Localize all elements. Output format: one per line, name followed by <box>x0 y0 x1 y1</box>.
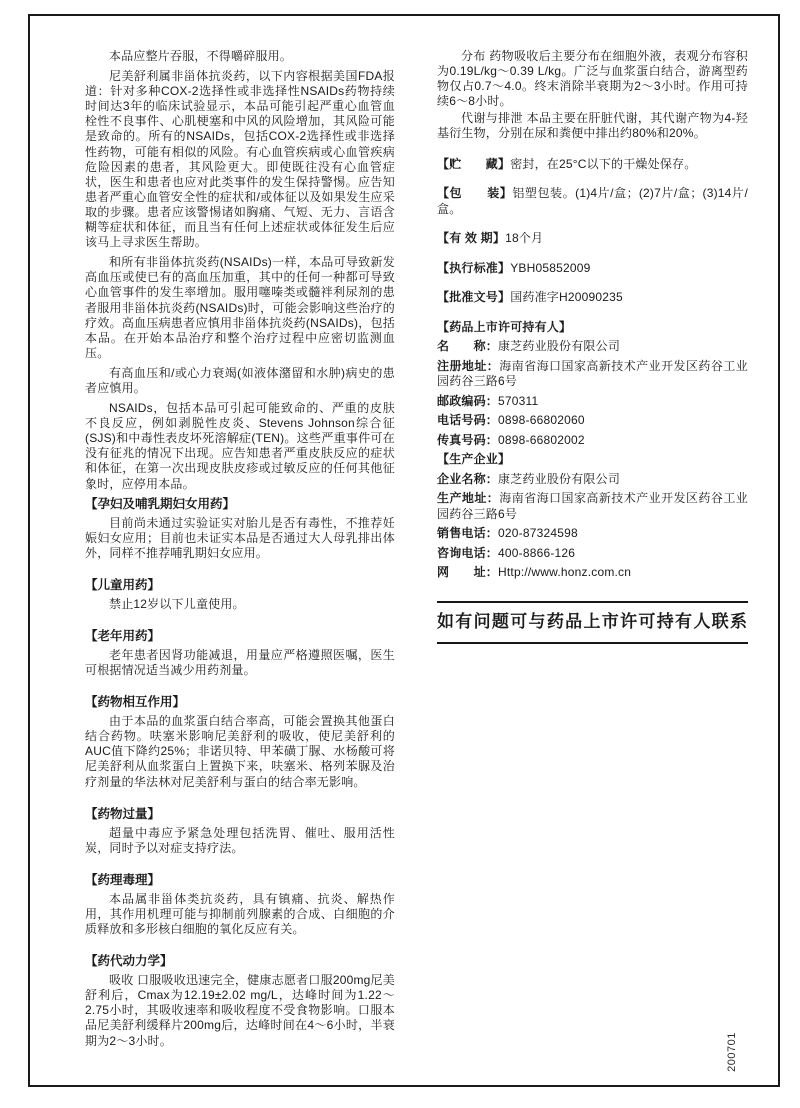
info-label: 电话号码： <box>437 413 498 427</box>
info-row-shelf-life: 【有 效 期】18个月 <box>437 231 748 247</box>
paragraph: 由于本品的血浆蛋白结合率高，可能会置换其他蛋白结合药物。呋塞米影响尼美舒利的吸收… <box>85 714 395 789</box>
paragraph: 超量中毒应予紧急处理包括洗胃、催吐、服用活性炭，同时予以对症支持疗法。 <box>85 826 395 856</box>
info-value: 国药准字H20090235 <box>510 290 623 304</box>
info-value: 020-87324598 <box>498 526 578 540</box>
info-label: 【包 装】 <box>437 186 512 200</box>
info-row-packaging: 【包 装】铝塑包装。(1)4片/盒；(2)7片/盒；(3)14片/盒。 <box>437 186 748 217</box>
info-value: 570311 <box>498 394 538 408</box>
info-row-mah-heading: 【药品上市许可持有人】 <box>437 320 748 336</box>
two-column-layout: 本品应整片吞服，不得嚼碎服用。 尼美舒利属非甾体抗炎药，以下内容根据美国FDA报… <box>30 16 778 1054</box>
paragraph: 目前尚未通过实验证实对胎儿是否有毒性，不推荐妊娠妇女应用；目前也未证实本品是否通… <box>85 516 395 561</box>
section-heading-pharmacokinetics: 【药代动力学】 <box>85 954 395 969</box>
info-value: 0898-66802002 <box>498 433 585 447</box>
section-heading-interactions: 【药物相互作用】 <box>85 695 395 710</box>
paragraph: NSAIDs，包括本品可引起可能致命的、严重的皮肤不良反应，例如剥脱性皮炎、St… <box>85 401 395 492</box>
info-label: 名 称： <box>437 339 498 353</box>
info-label: 【生产企业】 <box>437 452 510 466</box>
section-heading-pharmacology: 【药理毒理】 <box>85 873 395 888</box>
paragraph: 有高血压和/或心力衰竭(如液体潴留和水肿)病史的患者应慎用。 <box>85 366 395 396</box>
section-heading-pregnancy: 【孕妇及哺乳期妇女用药】 <box>85 497 395 512</box>
info-row-sales-phone: 销售电话：020-87324598 <box>437 526 748 542</box>
info-row-standard: 【执行标准】YBH05852009 <box>437 261 748 277</box>
info-value: 18个月 <box>505 231 543 245</box>
info-row-fax: 传真号码：0898-66802002 <box>437 433 748 449</box>
left-column: 本品应整片吞服，不得嚼碎服用。 尼美舒利属非甾体抗炎药，以下内容根据美国FDA报… <box>85 49 395 1054</box>
paragraph: 本品属非甾体类抗炎药，具有镇痛、抗炎、解热作用，其作用机理可能与抑制前列腺素的合… <box>85 892 395 937</box>
info-label: 传真号码： <box>437 433 498 447</box>
paragraph: 代谢与排泄 本品主要在肝脏代谢，其代谢产物为4-羟基衍生物，分别在尿和粪便中排出… <box>437 111 748 141</box>
info-row-mah-name: 名 称：康芝药业股份有限公司 <box>437 339 748 355</box>
info-label: 邮政编码： <box>437 394 498 408</box>
info-value: 康芝药业股份有限公司 <box>498 472 620 486</box>
info-value: 400-8866-126 <box>498 546 575 560</box>
paragraph: 和所有非甾体抗炎药(NSAIDs)一样，本品可导致新发高血压或使已有的高血压加重… <box>85 255 395 361</box>
contact-notice-text: 如有问题可与药品上市许可持有人联系 <box>437 612 748 632</box>
package-insert-page: { "doc": { "left": { "intro": [ "本品应整片吞服… <box>0 0 800 1108</box>
info-label: 生产地址： <box>437 491 499 505</box>
info-row-manufacturer-heading: 【生产企业】 <box>437 452 748 468</box>
paragraph: 禁止12岁以下儿童使用。 <box>85 597 395 612</box>
info-row-storage: 【贮 藏】密封，在25°C以下的干燥处保存。 <box>437 157 748 173</box>
paragraph: 本品应整片吞服，不得嚼碎服用。 <box>85 49 395 64</box>
paragraph: 吸收 口服吸收迅速完全，健康志愿者口服200mg尼美舒利后，Cmax为12.19… <box>85 973 395 1048</box>
info-label: 企业名称： <box>437 472 498 486</box>
info-row-registered-address: 注册地址：海南省海口国家高新技术产业开发区药谷工业园药谷三路6号 <box>437 359 748 390</box>
contact-notice-box: 如有问题可与药品上市许可持有人联系 <box>437 601 748 644</box>
right-column: 分布 药物吸收后主要分布在细胞外液，表观分布容积为0.19L/kg～0.39 L… <box>437 49 748 1054</box>
batch-code: 200701 <box>726 1032 738 1072</box>
paragraph: 尼美舒利属非甾体抗炎药，以下内容根据美国FDA报道：针对多种COX-2选择性或非… <box>85 69 395 250</box>
info-label: 注册地址： <box>437 359 499 373</box>
info-label: 咨询电话： <box>437 546 498 560</box>
info-row-postcode: 邮政编码：570311 <box>437 394 748 410</box>
info-row-production-address: 生产地址：海南省海口国家高新技术产业开发区药谷工业园药谷三路6号 <box>437 491 748 522</box>
info-label: 【批准文号】 <box>437 290 510 304</box>
info-value: 0898-66802060 <box>498 413 585 427</box>
info-label: 销售电话： <box>437 526 498 540</box>
info-row-approval-number: 【批准文号】国药准字H20090235 <box>437 290 748 306</box>
info-value: 康芝药业股份有限公司 <box>498 339 620 353</box>
info-row-phone: 电话号码：0898-66802060 <box>437 413 748 429</box>
info-label: 【药品上市许可持有人】 <box>437 320 571 334</box>
paragraph: 老年患者因肾功能减退，用量应严格遵照医嘱，医生可根据情况适当减少用药剂量。 <box>85 648 395 678</box>
info-label: 网 址： <box>437 565 498 579</box>
section-heading-children: 【儿童用药】 <box>85 578 395 593</box>
info-row-website: 网 址：Http://www.honz.com.cn <box>437 565 748 581</box>
info-value: 密封，在25°C以下的干燥处保存。 <box>510 157 696 171</box>
section-heading-overdose: 【药物过量】 <box>85 807 395 822</box>
page-border-frame: 本品应整片吞服，不得嚼碎服用。 尼美舒利属非甾体抗炎药，以下内容根据美国FDA报… <box>28 14 780 1087</box>
info-label: 【贮 藏】 <box>437 157 510 171</box>
paragraph: 分布 药物吸收后主要分布在细胞外液，表观分布容积为0.19L/kg～0.39 L… <box>437 49 748 109</box>
info-label: 【有 效 期】 <box>437 231 505 245</box>
info-value: Http://www.honz.com.cn <box>498 565 631 579</box>
section-heading-elderly: 【老年用药】 <box>85 629 395 644</box>
info-label: 【执行标准】 <box>437 261 510 275</box>
info-row-company-name: 企业名称：康芝药业股份有限公司 <box>437 472 748 488</box>
info-value: YBH05852009 <box>510 261 590 275</box>
info-row-hotline: 咨询电话：400-8866-126 <box>437 546 748 562</box>
